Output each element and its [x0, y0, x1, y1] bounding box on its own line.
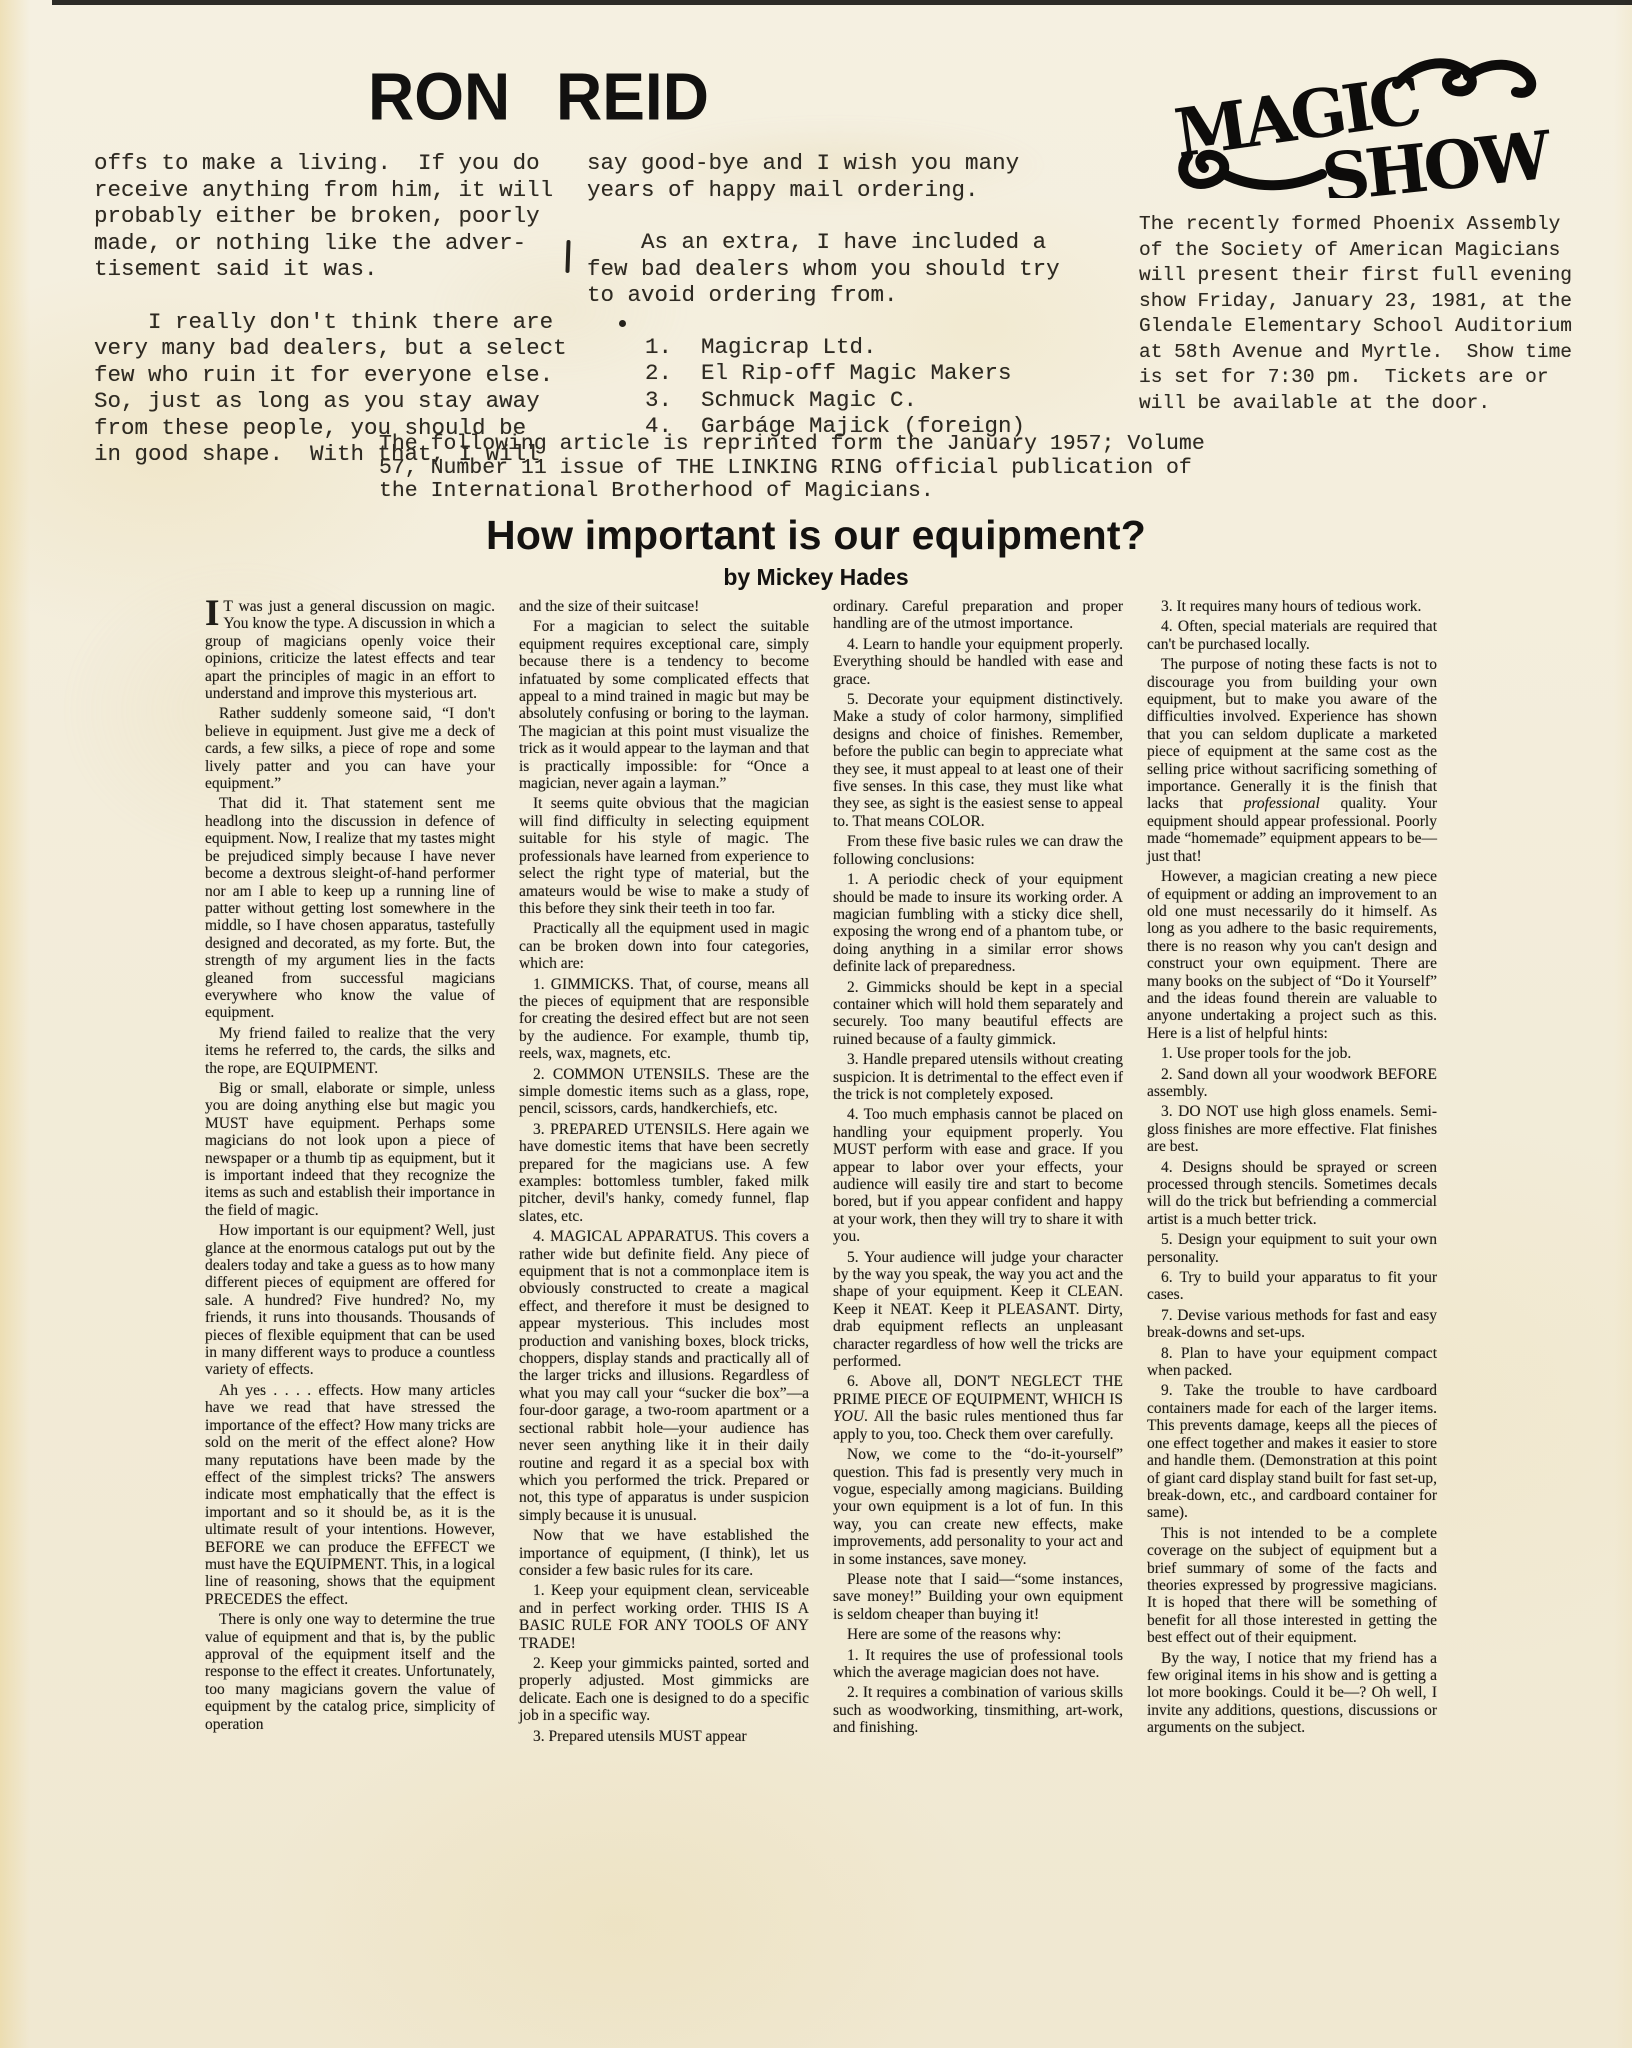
article-paragraph: 3. Handle prepared utensils without crea… [833, 1051, 1123, 1103]
article-paragraph: My friend failed to realize that the ver… [205, 1025, 495, 1077]
article-paragraph: 1. It requires the use of professional t… [833, 1647, 1123, 1682]
article-title: How important is our equipment? [0, 512, 1632, 559]
article-paragraph: 7. Devise various methods for fast and e… [1147, 1307, 1437, 1342]
article-paragraph: 2. Sand down all your woodwork BEFORE as… [1147, 1066, 1437, 1101]
dealer-name: Magicrap Ltd. [701, 334, 877, 361]
top-middle-paragraphs: say good-bye and I wish you manyyears of… [587, 150, 1060, 309]
typed-line: say good-bye and I wish you many [587, 150, 1060, 177]
typed-line: show Friday, January 23, 1981, at the [1139, 289, 1572, 315]
article-paragraph: It seems quite obvious that the magician… [519, 795, 809, 917]
bad-dealer-list: 1.Magicrap Ltd.2.El Rip-off Magic Makers… [645, 334, 1060, 440]
article-paragraph: 5. Your audience will judge your charact… [833, 1249, 1123, 1371]
typed-line: probably either be broken, poorly [94, 203, 567, 230]
typed-line: made, or nothing like the adver- [94, 230, 567, 257]
article-paragraph: Big or small, elaborate or simple, unles… [205, 1080, 495, 1219]
scan-artifact-dot [619, 320, 626, 327]
article-paragraph: 2. COMMON UTENSILS. These are the simple… [519, 1066, 809, 1118]
typed-paragraph: say good-bye and I wish you manyyears of… [587, 150, 1060, 203]
typed-paragraph: offs to make a living. If you doreceive … [94, 150, 567, 283]
article-paragraph: 1. GIMMICKS. That, of course, means all … [519, 976, 809, 1063]
typed-line: will present their first full evening [1139, 263, 1572, 289]
typed-paragraph: As an extra, I have included afew bad de… [587, 229, 1060, 309]
dealer-list-item: 1.Magicrap Ltd. [645, 334, 1060, 361]
article-paragraph: 2. Keep your gimmicks painted, sorted an… [519, 1655, 809, 1725]
article-paragraph: 3. Prepared utensils MUST appear [519, 1728, 809, 1745]
article-paragraph: 2. It requires a combination of various … [833, 1684, 1123, 1736]
article-paragraph: From these five basic rules we can draw … [833, 833, 1123, 868]
scan-edge-line [52, 0, 1632, 5]
article-paragraph: 3. It requires many hours of tedious wor… [1147, 598, 1437, 615]
article-paragraph: Rather suddenly someone said, “I don't b… [205, 705, 495, 792]
article-paragraph: There is only one way to determine the t… [205, 1611, 495, 1733]
article-paragraph: Now, we come to the “do-it-yourself” que… [833, 1446, 1123, 1568]
typed-line: at 58th Avenue and Myrtle. Show time [1139, 340, 1572, 366]
dealer-list-item: 2.El Rip-off Magic Makers [645, 360, 1060, 387]
dealer-name: El Rip-off Magic Makers [701, 360, 1012, 387]
article-paragraph: 6. Above all, DON'T NEGLECT THE PRIME PI… [833, 1373, 1123, 1443]
article-paragraph: The purpose of noting these facts is not… [1147, 656, 1437, 865]
typed-line: years of happy mail ordering. [587, 177, 1060, 204]
article-column-2: and the size of their suitcase!For a mag… [519, 598, 809, 1745]
article-paragraph: For a magician to select the suitable eq… [519, 618, 809, 792]
typed-line: The recently formed Phoenix Assembly [1139, 212, 1572, 238]
top-middle-column: say good-bye and I wish you manyyears of… [587, 150, 1060, 440]
article-byline: by Mickey Hades [0, 564, 1632, 591]
dealer-name: Schmuck Magic C. [701, 387, 917, 414]
typed-line: is set for 7:30 pm. Tickets are or [1139, 365, 1572, 391]
dealer-number: 2. [645, 360, 701, 387]
article-paragraph: 4. Learn to handle your equipment proper… [833, 636, 1123, 688]
article-paragraph: Here are some of the reasons why: [833, 1626, 1123, 1643]
article-paragraph: and the size of their suitcase! [519, 598, 809, 615]
article-paragraph: Practically all the equipment used in ma… [519, 920, 809, 972]
typed-paragraph: The following article is reprinted form … [379, 433, 1205, 504]
article-paragraph: Please note that I said—“some instances,… [833, 1571, 1123, 1623]
article-paragraph: 8. Plan to have your equipment compact w… [1147, 1345, 1437, 1380]
dealer-number: 1. [645, 334, 701, 361]
typed-line: tisement said it was. [94, 256, 567, 283]
typed-line: offs to make a living. If you do [94, 150, 567, 177]
typed-line: few bad dealers whom you should try [587, 256, 1060, 283]
article-paragraph: Now that we have established the importa… [519, 1527, 809, 1579]
article-paragraph: 1. A periodic check of your equipment sh… [833, 871, 1123, 975]
article-column-3: ordinary. Careful preparation and proper… [833, 598, 1123, 1745]
article-paragraph: 1. Use proper tools for the job. [1147, 1045, 1437, 1062]
typed-line: receive anything from him, it will [94, 177, 567, 204]
article-paragraph: 6. Try to build your apparatus to fit yo… [1147, 1269, 1437, 1304]
article-paragraph: 9. Take the trouble to have cardboard co… [1147, 1382, 1437, 1521]
article-paragraph: That did it. That statement sent me head… [205, 795, 495, 1021]
article-paragraph: 4. Designs should be sprayed or screen p… [1147, 1159, 1437, 1229]
article-paragraph: How important is our equipment? Well, ju… [205, 1222, 495, 1379]
article-paragraph: 5. Decorate your equipment distinctively… [833, 691, 1123, 830]
dealer-list-item: 3.Schmuck Magic C. [645, 387, 1060, 414]
article-column-4: 3. It requires many hours of tedious wor… [1147, 598, 1437, 1745]
article-paragraph: 3. PREPARED UTENSILS. Here again we have… [519, 1121, 809, 1225]
typed-line: of the Society of American Magicians [1139, 238, 1572, 264]
article-paragraph: ordinary. Careful preparation and proper… [833, 598, 1123, 633]
typed-line: Glendale Elementary School Auditorium [1139, 314, 1572, 340]
typed-line: very many bad dealers, but a select [94, 335, 567, 362]
typed-line: the International Brotherhood of Magicia… [379, 480, 1205, 504]
article-paragraph: 4. MAGICAL APPARATUS. This covers a rath… [519, 1228, 809, 1524]
page-title: RON REID [368, 58, 709, 135]
reprint-notice: The following article is reprinted form … [379, 433, 1205, 504]
typed-line: will be available at the door. [1139, 391, 1572, 417]
typed-line: 57, Number 11 issue of THE LINKING RING … [379, 457, 1205, 481]
article-columns: IT was just a general discussion on magi… [205, 598, 1437, 1745]
dealer-number: 3. [645, 387, 701, 414]
magic-show-announcement: The recently formed Phoenix Assemblyof t… [1139, 212, 1572, 416]
article-paragraph: 5. Design your equipment to suit your ow… [1147, 1231, 1437, 1266]
typed-line: to avoid ordering from. [587, 282, 1060, 309]
article-paragraph: IT was just a general discussion on magi… [205, 598, 495, 702]
typed-line: few who ruin it for everyone else. [94, 362, 567, 389]
typed-paragraph: The recently formed Phoenix Assemblyof t… [1139, 212, 1572, 416]
article-paragraph: Ah yes . . . . effects. How many article… [205, 1382, 495, 1608]
typed-line: The following article is reprinted form … [379, 433, 1205, 457]
magic-show-logo: MAGIC SHOW [1172, 50, 1568, 198]
article-paragraph: By the way, I notice that my friend has … [1147, 1650, 1437, 1737]
typed-line: I really don't think there are [94, 309, 567, 336]
article-paragraph: 3. DO NOT use high gloss enamels. Semi-g… [1147, 1103, 1437, 1155]
typed-line: As an extra, I have included a [587, 229, 1060, 256]
drop-cap: I [205, 598, 223, 629]
article-paragraph: 2. Gimmicks should be kept in a special … [833, 979, 1123, 1049]
article-paragraph: This is not intended to be a complete co… [1147, 1525, 1437, 1647]
top-left-column: offs to make a living. If you doreceive … [94, 150, 567, 468]
article-column-1: IT was just a general discussion on magi… [205, 598, 495, 1745]
typed-line: So, just as long as you stay away [94, 388, 567, 415]
scan-artifact-bar [565, 240, 570, 273]
article-paragraph: However, a magician creating a new piece… [1147, 868, 1437, 1042]
article-paragraph: 4. Often, special materials are required… [1147, 618, 1437, 653]
article-paragraph: 4. Too much emphasis cannot be placed on… [833, 1106, 1123, 1245]
article-paragraph: 1. Keep your equipment clean, serviceabl… [519, 1582, 809, 1652]
